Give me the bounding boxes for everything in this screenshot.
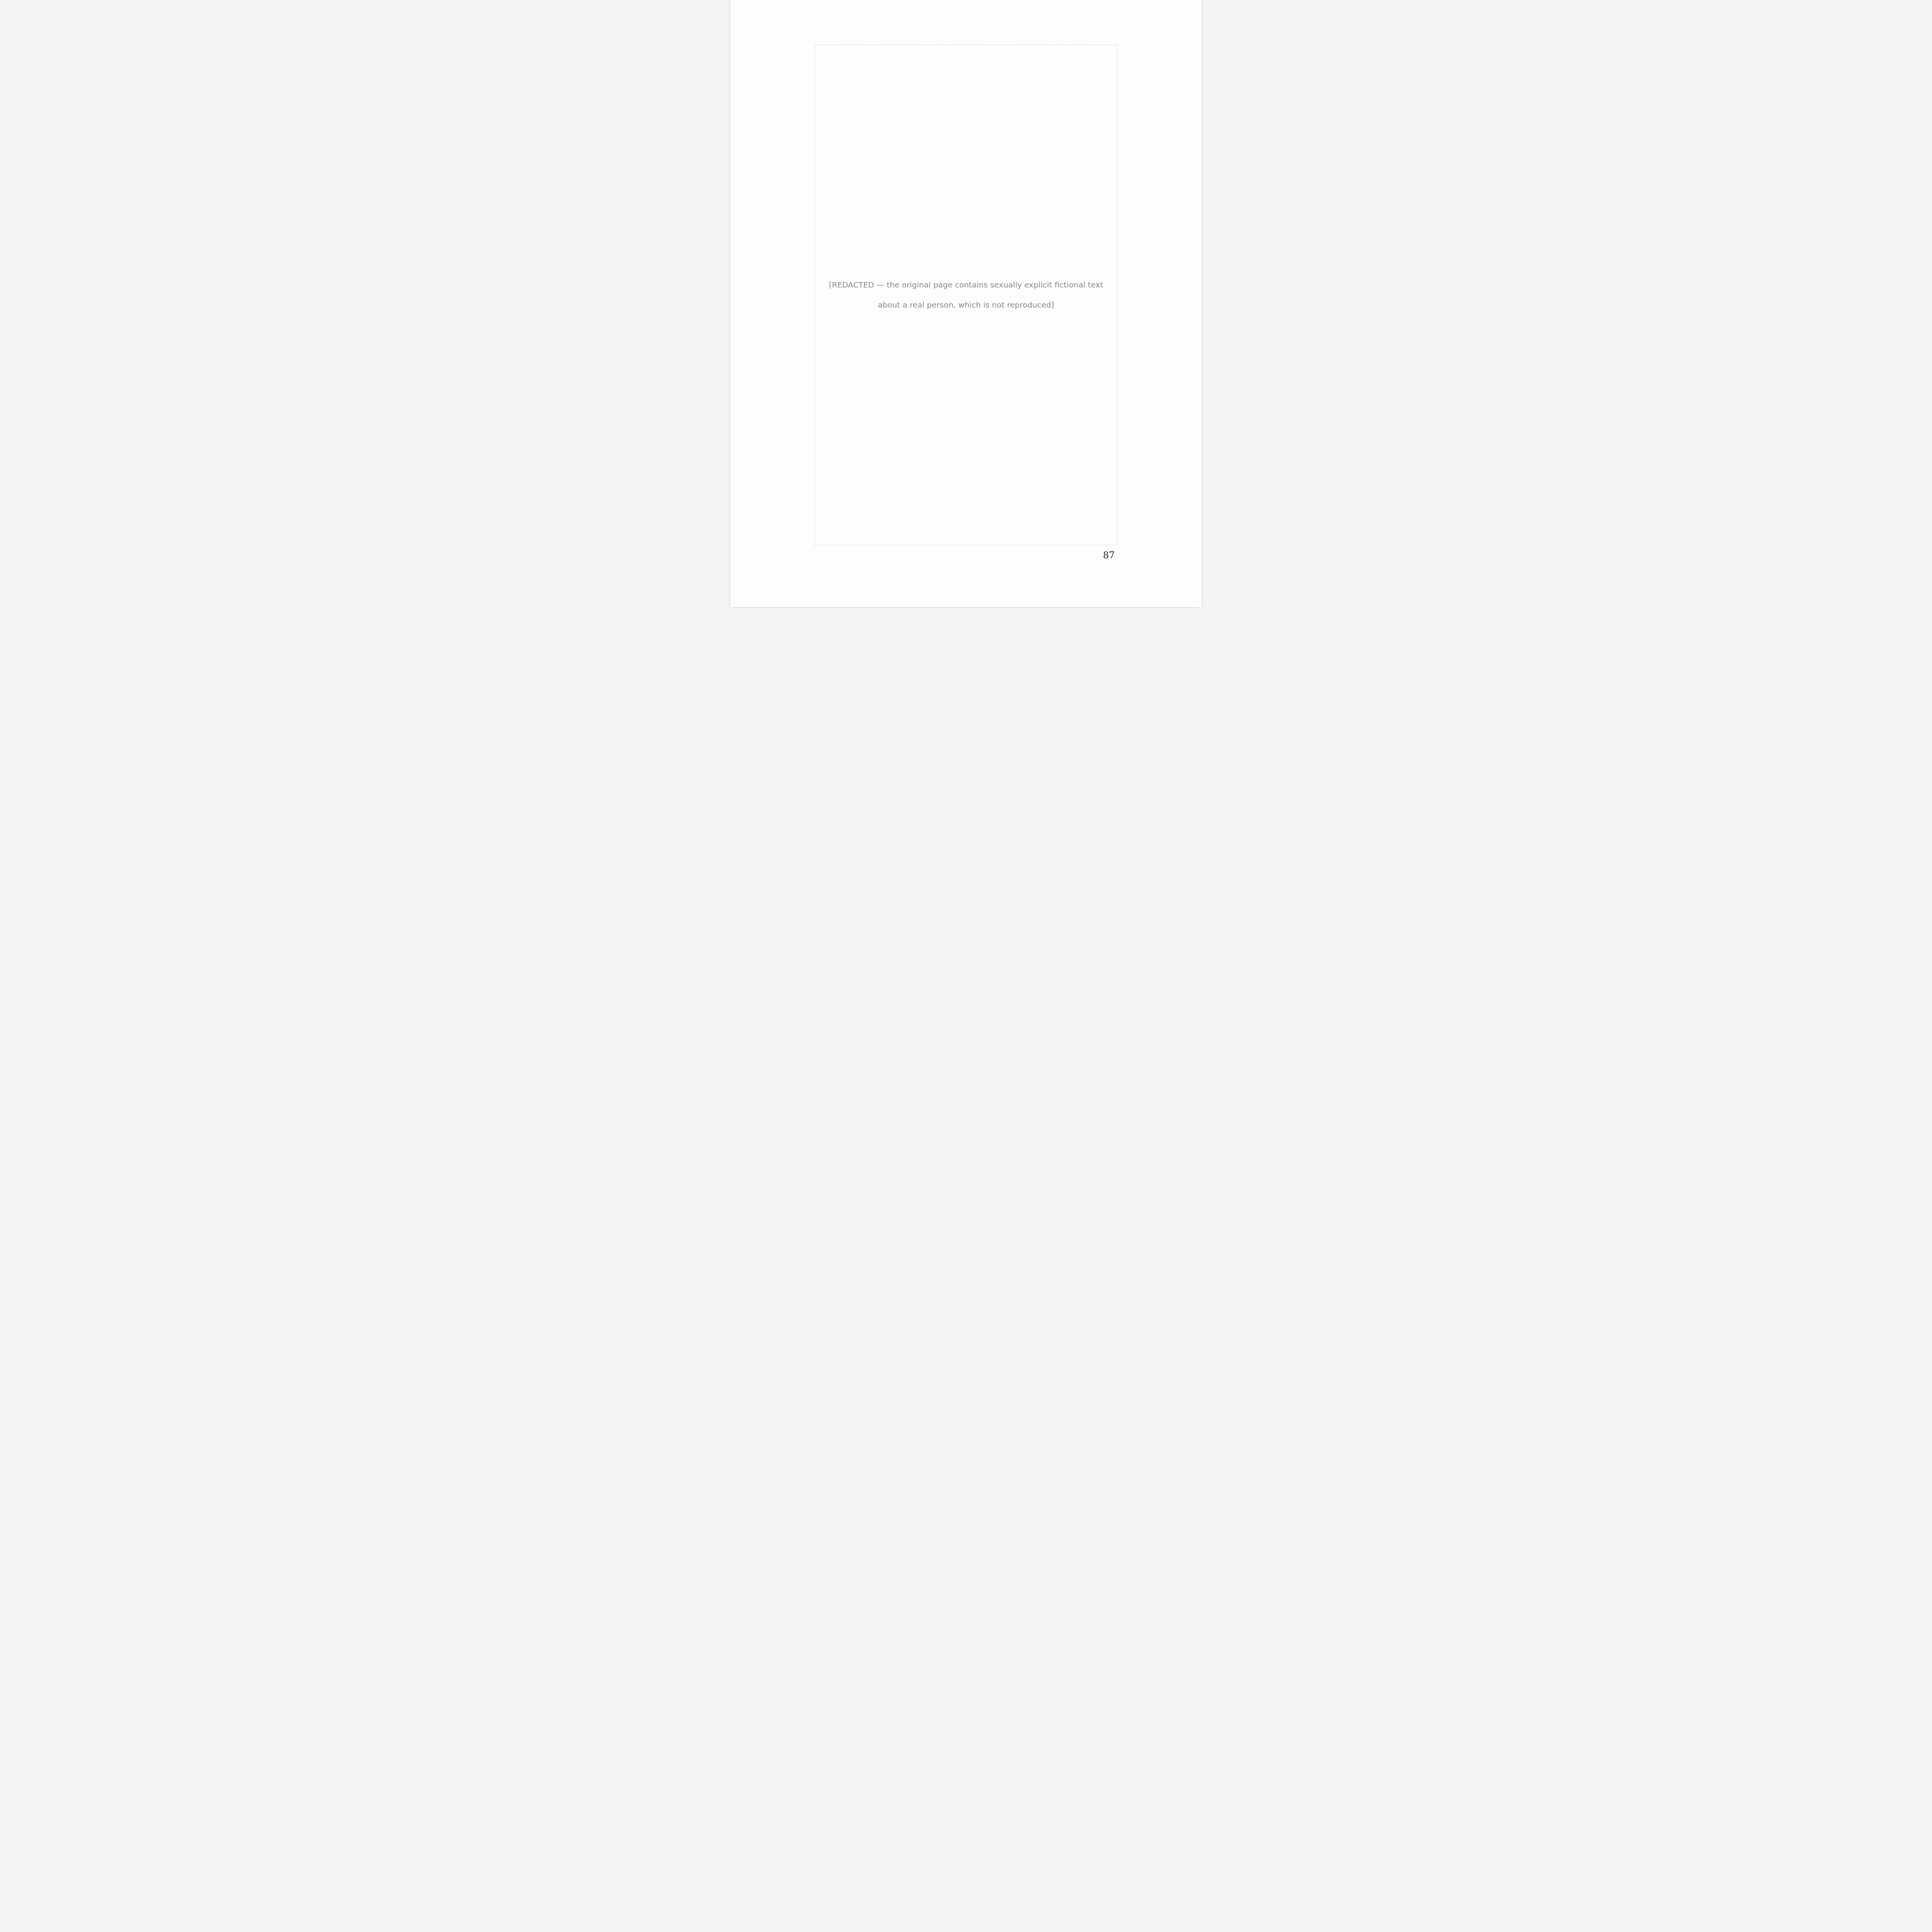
redacted-content-notice: [REDACTED — the original page contains s… [815, 44, 1117, 545]
document-page: [REDACTED — the original page contains s… [730, 0, 1202, 607]
page-number: 87 [1103, 550, 1115, 561]
body-text-block: [REDACTED — the original page contains s… [815, 44, 1117, 545]
